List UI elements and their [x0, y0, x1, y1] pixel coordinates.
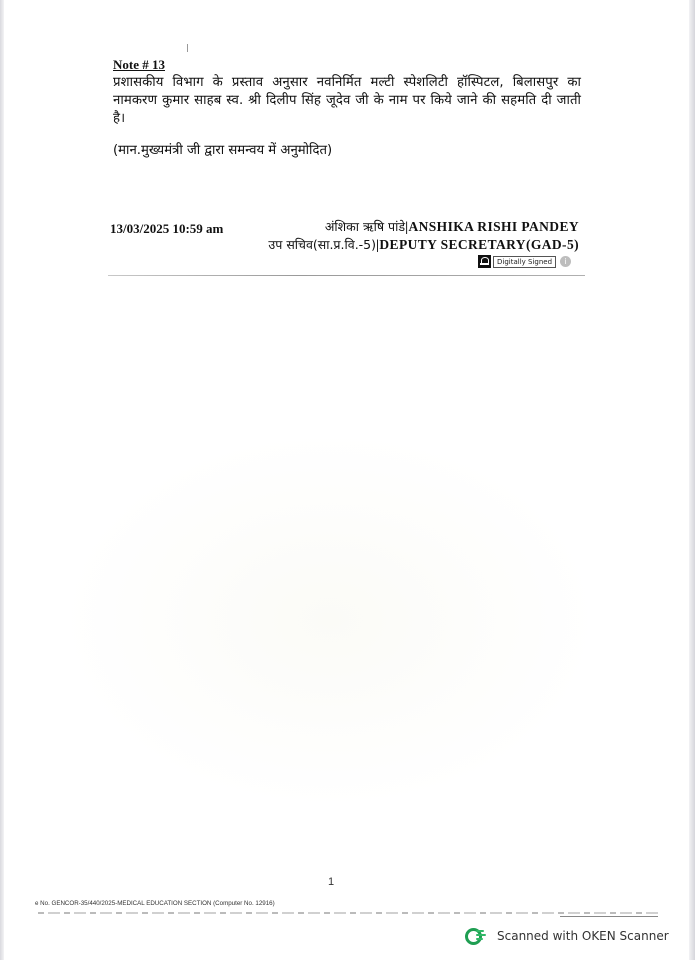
page-edge-right	[689, 0, 695, 960]
digitally-signed-label: Digitally Signed	[493, 256, 556, 268]
footer-rule	[560, 916, 658, 917]
designation-english: DEPUTY SECRETARY(GAD-5)	[379, 237, 579, 252]
page-edge-left	[0, 0, 4, 960]
oken-scanner-logo-icon	[465, 927, 487, 945]
note-approval: (मान.मुख्यमंत्री जी द्वारा समन्वय में अन…	[113, 140, 332, 158]
scanner-watermark-label: Scanned with OKEN Scanner	[497, 929, 669, 943]
certificate-icon	[478, 255, 491, 268]
document-page: Note # 13 प्रशासकीय विभाग के प्रस्ताव अन…	[0, 0, 695, 960]
signer-designation-line: उप सचिव(सा.प्र.वि.-5)|DEPUTY SECRETARY(G…	[268, 236, 579, 254]
scanner-watermark: Scanned with OKEN Scanner	[465, 927, 669, 945]
designation-hindi: उप सचिव(सा.प्र.वि.-5)	[268, 237, 376, 252]
page-number: 1	[328, 876, 334, 888]
section-divider	[108, 275, 585, 276]
note-body: प्रशासकीय विभाग के प्रस्ताव अनुसार नवनिर…	[113, 74, 581, 128]
signature-timestamp: 13/03/2025 10:59 am	[110, 221, 223, 237]
digitally-signed-badge: Digitally Signed i	[478, 255, 571, 268]
signer-name-hindi: अंशिका ऋषि पांडे	[325, 219, 405, 234]
signer-name-line: अंशिका ऋषि पांडे|ANSHIKA RISHI PANDEY	[268, 218, 579, 236]
info-icon: i	[560, 256, 571, 267]
stray-mark	[187, 44, 188, 52]
note-title: Note # 13	[113, 57, 165, 73]
signer-name-english: ANSHIKA RISHI PANDEY	[408, 219, 579, 234]
file-reference: e No. GENCOR-35/440/2025-MEDICAL EDUCATI…	[35, 900, 275, 907]
blank-page-area	[60, 430, 600, 810]
signer-block: अंशिका ऋषि पांडे|ANSHIKA RISHI PANDEY उप…	[268, 218, 579, 254]
faded-footer-text	[38, 912, 658, 914]
